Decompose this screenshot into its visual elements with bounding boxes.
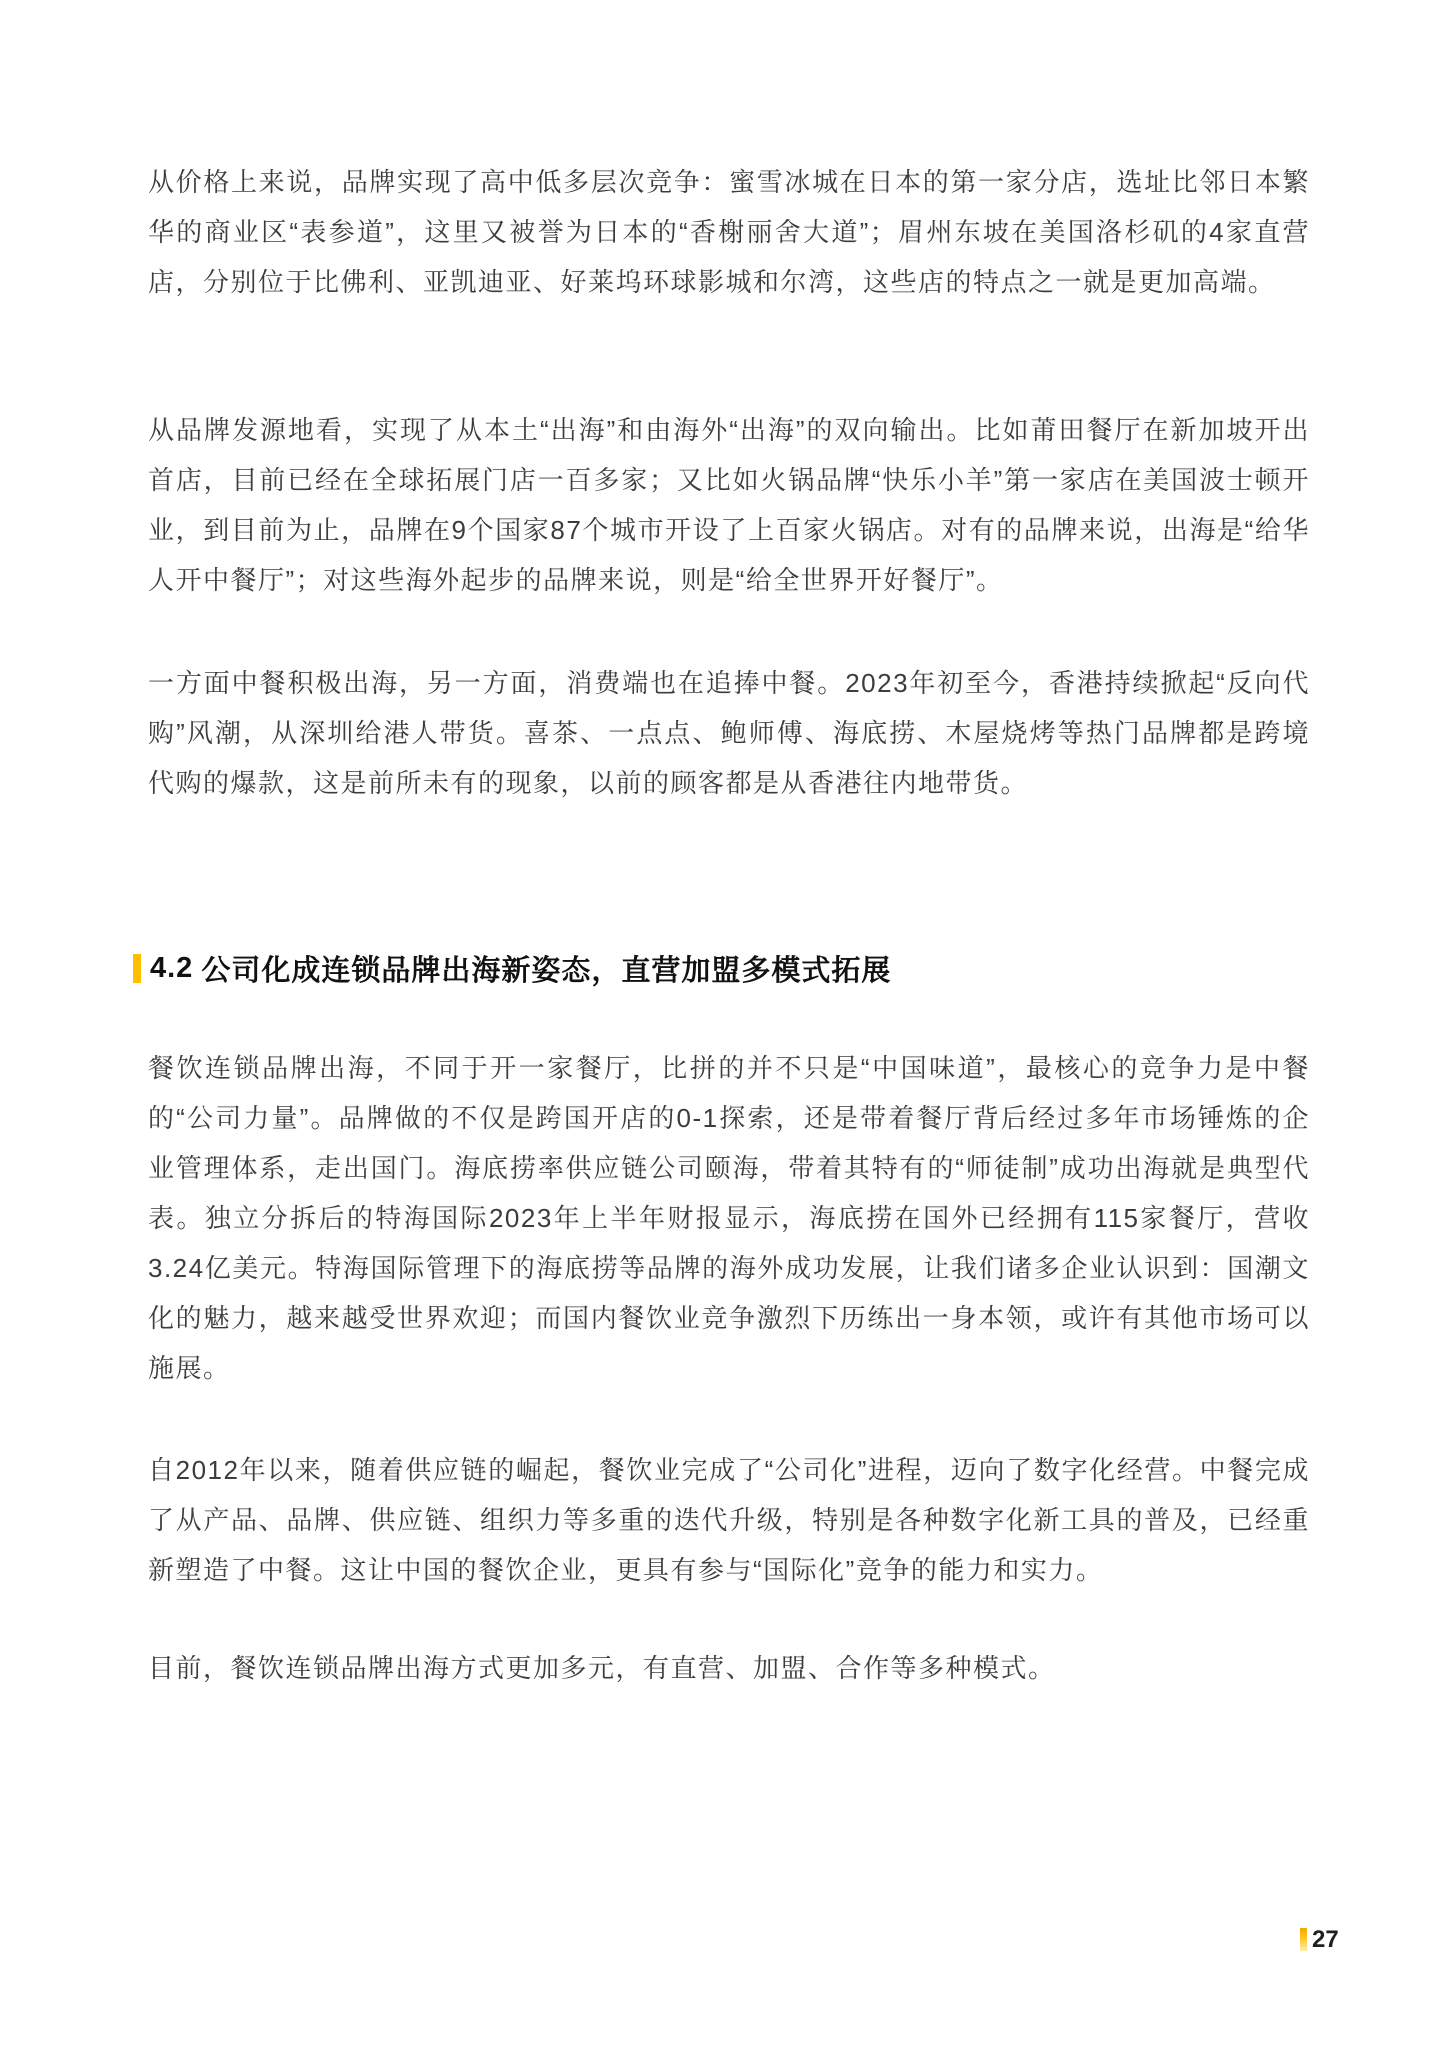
page-footer: 27 — [1300, 1926, 1339, 1953]
section-heading-title: 公司化成连锁品牌出海新姿态，直营加盟多模式拓展 — [201, 948, 891, 989]
paragraph-brand-origin: 从品牌发源地看，实现了从本土“出海”和由海外“出海”的双向输出。比如莆田餐厅在新… — [148, 405, 1310, 605]
paragraph-supply-chain-rise: 自2012年以来，随着供应链的崛起，餐饮业完成了“公司化”进程，迈向了数字化经营… — [148, 1445, 1310, 1595]
paragraph-expansion-modes: 目前，餐饮连锁品牌出海方式更加多元，有直营、加盟、合作等多种模式。 — [148, 1643, 1310, 1693]
section-heading-number: 4.2 — [150, 952, 193, 985]
page-number-accent-bar — [1300, 1928, 1307, 1951]
paragraph-company-power: 餐饮连锁品牌出海，不同于开一家餐厅，比拼的并不只是“中国味道”，最核心的竞争力是… — [148, 1043, 1310, 1393]
page-content: 从价格上来说，品牌实现了高中低多层次竞争：蜜雪冰城在日本的第一家分店，选址比邻日… — [148, 0, 1310, 2047]
paragraph-price-competition: 从价格上来说，品牌实现了高中低多层次竞争：蜜雪冰城在日本的第一家分店，选址比邻日… — [148, 157, 1310, 307]
section-heading: 4.2 公司化成连锁品牌出海新姿态，直营加盟多模式拓展 — [133, 948, 891, 989]
paragraph-reverse-daigou: 一方面中餐积极出海，另一方面，消费端也在追捧中餐。2023年初至今，香港持续掀起… — [148, 658, 1310, 808]
heading-accent-bar — [133, 954, 141, 983]
report-page: 从价格上来说，品牌实现了高中低多层次竞争：蜜雪冰城在日本的第一家分店，选址比邻日… — [0, 0, 1456, 2047]
page-number: 27 — [1312, 1926, 1339, 1953]
